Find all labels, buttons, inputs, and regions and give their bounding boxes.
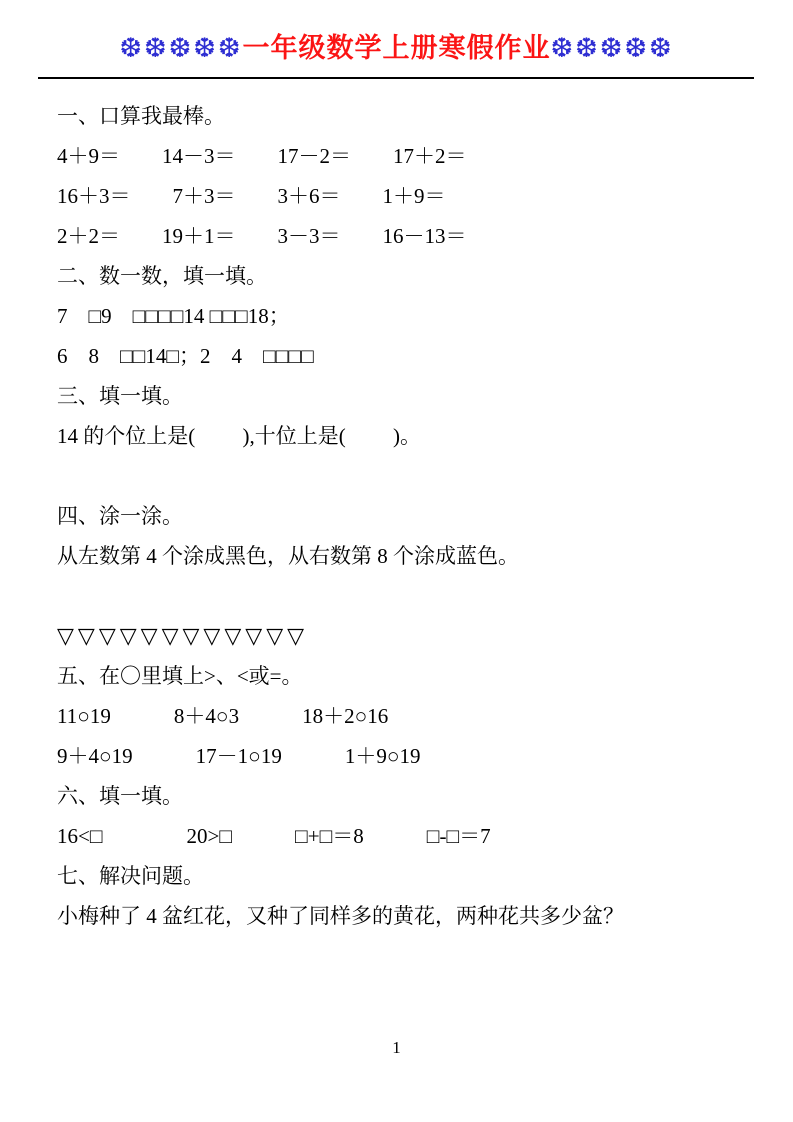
- section-3-heading: 三、填一填。: [57, 376, 757, 416]
- fill-blank-row: 16<□ 20>□ □+□＝8 □-□＝7: [57, 816, 757, 856]
- section-5-heading: 五、在〇里填上>、<或=。: [57, 656, 757, 696]
- compare-row-2: 9＋4○19 17－1○19 1＋9○19: [57, 736, 757, 776]
- oral-math-row-2: 16＋3＝ 7＋3＝ 3＋6＝ 1＋9＝: [57, 176, 757, 216]
- word-problem-text: 小梅种了 4 盆红花，又种了同样多的黄花，两种花共多少盆？: [57, 896, 757, 936]
- oral-math-row-3: 2＋2＝ 19＋1＝ 3－3＝ 16－13＝: [57, 216, 757, 256]
- count-fill-row-2: 6 8 □□14□；2 4 □□□□: [57, 336, 757, 376]
- worksheet-page: ❆❆❆❆❆一年级数学上册寒假作业❆❆❆❆❆ 一、口算我最棒。 4＋9＝ 14－3…: [0, 0, 793, 1122]
- section-2-heading: 二、数一数，填一填。: [57, 256, 757, 296]
- compare-row-1: 11○19 8＋4○3 18＋2○16: [57, 696, 757, 736]
- oral-math-row-1: 4＋9＝ 14－3＝ 17－2＝ 17＋2＝: [57, 136, 757, 176]
- page-title-text: 一年级数学上册寒假作业: [243, 33, 551, 63]
- section-4-heading: 四、涂一涂。: [57, 496, 757, 536]
- section-1-heading: 一、口算我最棒。: [57, 96, 757, 136]
- snowflake-icons-left: ❆❆❆❆❆: [119, 33, 242, 63]
- place-value-question: 14 的个位上是( ),十位上是( )。: [57, 416, 757, 456]
- page-number: 1: [0, 1036, 793, 1060]
- triangle-shapes-row: ▽▽▽▽▽▽▽▽▽▽▽▽: [57, 616, 757, 656]
- snowflake-icons-right: ❆❆❆❆❆: [551, 33, 674, 63]
- section-6-heading: 六、填一填。: [57, 776, 757, 816]
- coloring-instruction: 从左数第 4 个涂成黑色，从右数第 8 个涂成蓝色。: [57, 536, 757, 576]
- worksheet-body: 一、口算我最棒。 4＋9＝ 14－3＝ 17－2＝ 17＋2＝ 16＋3＝ 7＋…: [57, 96, 757, 936]
- section-7-heading: 七、解决问题。: [57, 856, 757, 896]
- header-divider: [38, 77, 754, 79]
- page-title: ❆❆❆❆❆一年级数学上册寒假作业❆❆❆❆❆: [0, 28, 793, 68]
- count-fill-row-1: 7 □9 □□□□14 □□□18；: [57, 296, 757, 336]
